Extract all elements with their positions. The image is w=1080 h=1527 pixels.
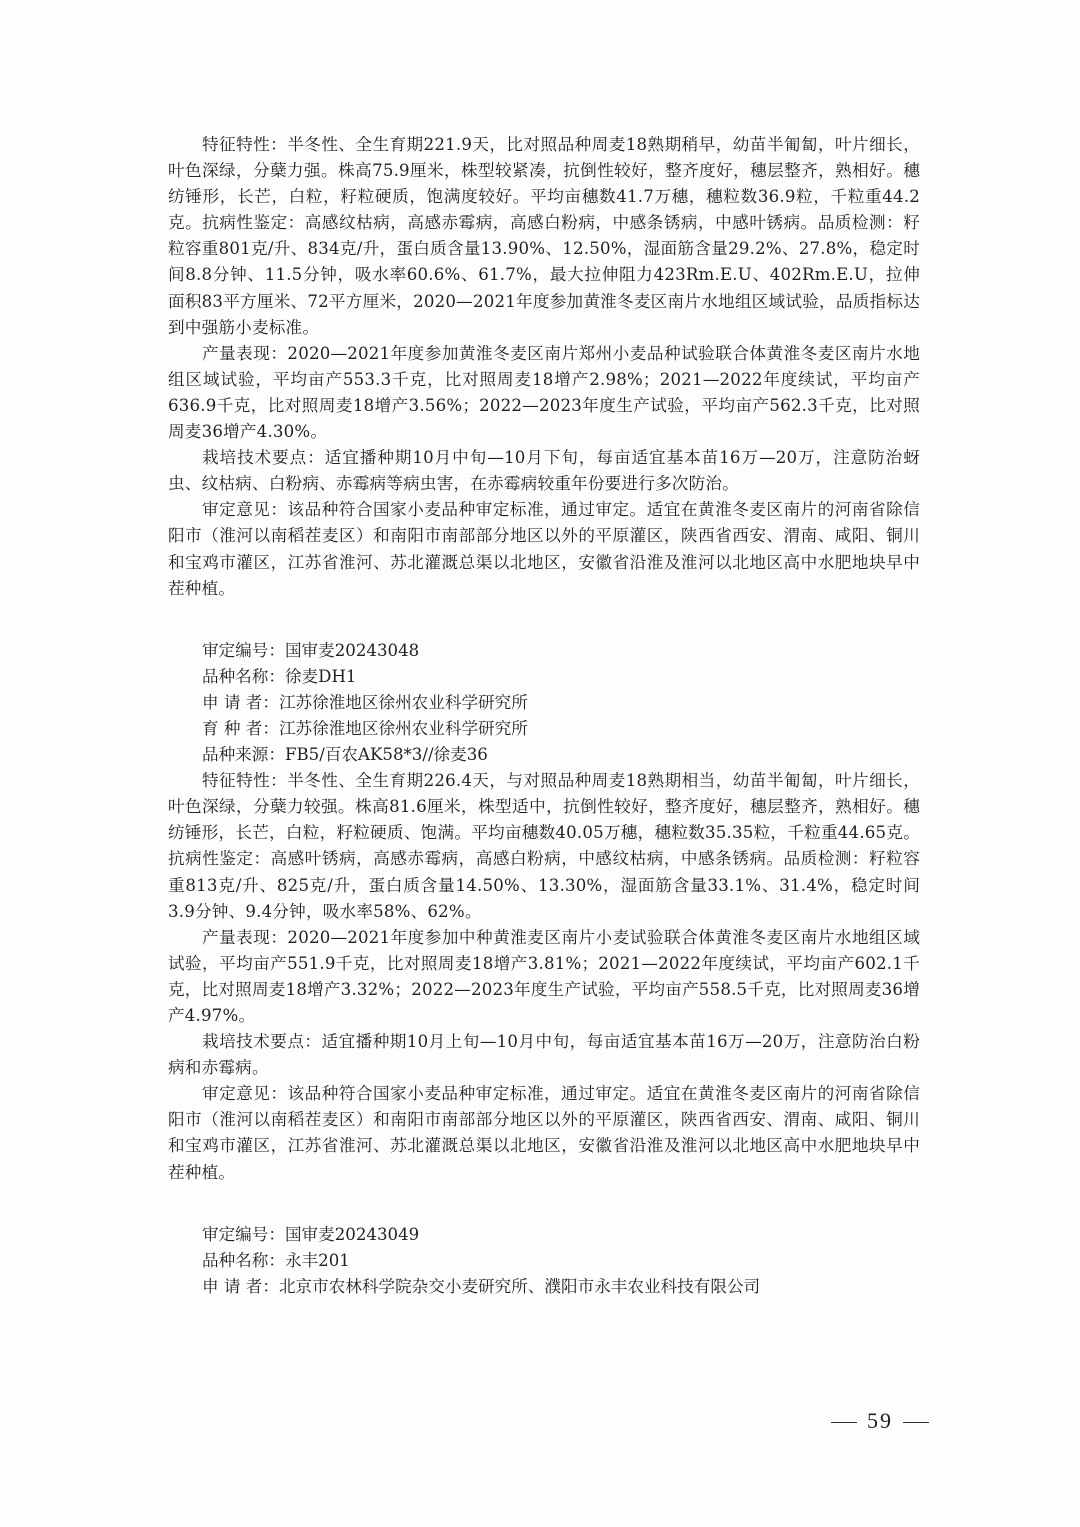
paragraph-yield: 产量表现：2020—2021年度参加中种黄淮麦区南片小麦试验联合体黄淮冬麦区南片… xyxy=(168,925,920,1029)
field-value: 江苏徐淮地区徐州农业科学研究所 xyxy=(279,693,528,712)
field-value: 北京市农林科学院杂交小麦研究所、濮阳市永丰农业科技有限公司 xyxy=(279,1277,760,1296)
field-label: 品种名称： xyxy=(202,1251,285,1270)
field-label: 品种名称： xyxy=(202,667,285,686)
field-breeder: 育 种 者：江苏徐淮地区徐州农业科学研究所 xyxy=(168,716,920,742)
paragraph-cultivation: 栽培技术要点：适宜播种期10月中旬—10月下旬，每亩适宜基本苗16万—20万，注… xyxy=(168,445,920,497)
field-label: 审定编号： xyxy=(202,1225,285,1244)
footer-dash-left xyxy=(831,1422,857,1423)
field-value: 国审麦20243048 xyxy=(285,641,419,660)
paragraph-approval-opinion: 审定意见：该品种符合国家小麦品种审定标准，通过审定。适宜在黄淮冬麦区南片的河南省… xyxy=(168,1081,920,1185)
field-label: 审定编号： xyxy=(202,641,285,660)
field-approval-number: 审定编号：国审麦20243049 xyxy=(168,1222,920,1248)
field-label: 育 种 者： xyxy=(202,719,279,738)
paragraph-cultivation: 栽培技术要点：适宜播种期10月上旬—10月中旬，每亩适宜基本苗16万—20万，注… xyxy=(168,1029,920,1081)
section-gap xyxy=(168,1186,920,1222)
field-label: 品种来源： xyxy=(202,745,285,764)
paragraph-yield: 产量表现：2020—2021年度参加黄淮冬麦区南片郑州小麦品种试验联合体黄淮冬麦… xyxy=(168,341,920,445)
paragraph-characteristics: 特征特性：半冬性、全生育期226.4天，与对照品种周麦18熟期相当，幼苗半匍匐，… xyxy=(168,768,920,925)
field-variety-name: 品种名称：徐麦DH1 xyxy=(168,664,920,690)
field-value: 徐麦DH1 xyxy=(285,667,357,686)
field-label: 申 请 者： xyxy=(202,1277,279,1296)
variety-entry-20243049: 审定编号：国审麦20243049 品种名称：永丰201 申 请 者：北京市农林科… xyxy=(168,1222,920,1300)
page-content: 特征特性：半冬性、全生育期221.9天，比对照品种周麦18熟期稍早，幼苗半匍匐，… xyxy=(168,132,920,1300)
field-value: FB5/百农AK58*3//徐麦36 xyxy=(285,745,488,764)
section-gap xyxy=(168,602,920,638)
variety-entry-20243048: 审定编号：国审麦20243048 品种名称：徐麦DH1 申 请 者：江苏徐淮地区… xyxy=(168,638,920,1186)
field-value: 国审麦20243049 xyxy=(285,1225,419,1244)
paragraph-approval-opinion: 审定意见：该品种符合国家小麦品种审定标准，通过审定。适宜在黄淮冬麦区南片的河南省… xyxy=(168,497,920,601)
variety-entry-previous: 特征特性：半冬性、全生育期221.9天，比对照品种周麦18熟期稍早，幼苗半匍匐，… xyxy=(168,132,920,602)
field-value: 江苏徐淮地区徐州农业科学研究所 xyxy=(279,719,528,738)
document-page: 特征特性：半冬性、全生育期221.9天，比对照品种周麦18熟期稍早，幼苗半匍匐，… xyxy=(0,0,1080,1527)
field-applicant: 申 请 者：江苏徐淮地区徐州农业科学研究所 xyxy=(168,690,920,716)
field-approval-number: 审定编号：国审麦20243048 xyxy=(168,638,920,664)
page-footer: 59 xyxy=(820,1408,940,1434)
paragraph-characteristics: 特征特性：半冬性、全生育期221.9天，比对照品种周麦18熟期稍早，幼苗半匍匐，… xyxy=(168,132,920,341)
field-variety-source: 品种来源：FB5/百农AK58*3//徐麦36 xyxy=(168,742,920,768)
field-label: 申 请 者： xyxy=(202,693,279,712)
field-variety-name: 品种名称：永丰201 xyxy=(168,1248,920,1274)
field-applicant: 申 请 者：北京市农林科学院杂交小麦研究所、濮阳市永丰农业科技有限公司 xyxy=(168,1274,920,1300)
footer-dash-right xyxy=(903,1422,929,1423)
page-number: 59 xyxy=(867,1408,893,1433)
field-value: 永丰201 xyxy=(285,1251,350,1270)
